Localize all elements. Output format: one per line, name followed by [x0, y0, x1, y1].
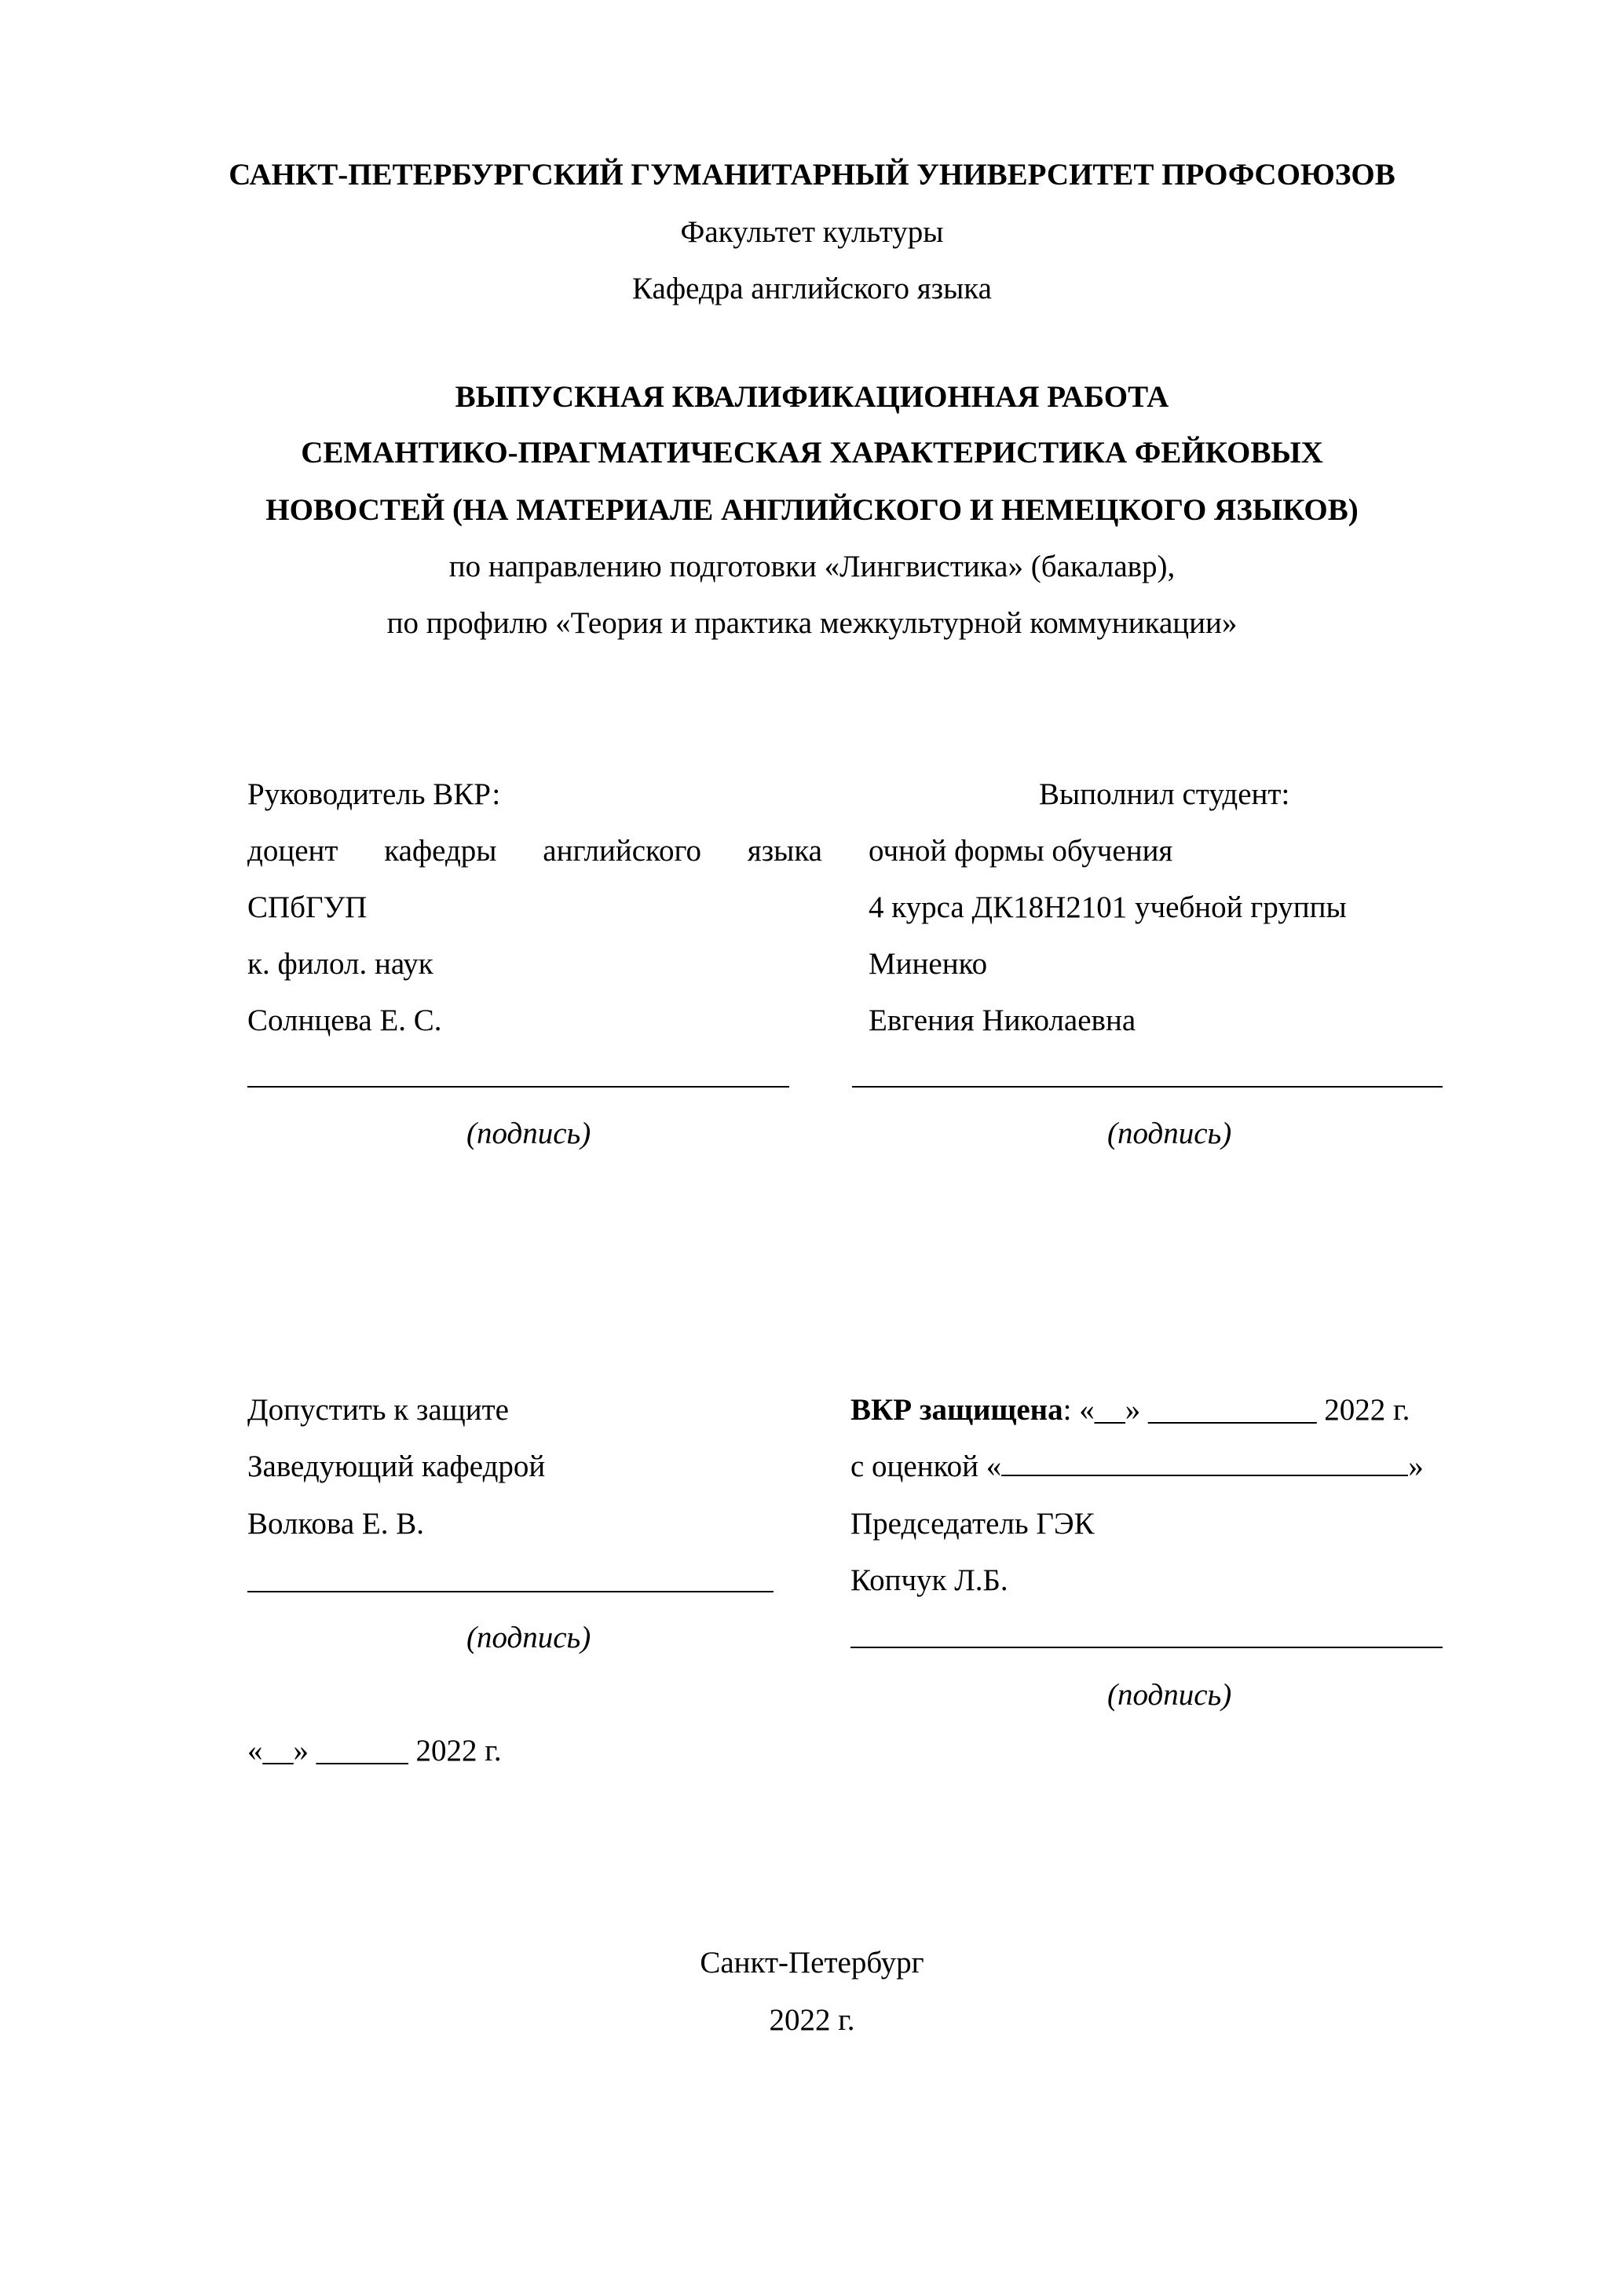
department-head-role: Заведующий кафедрой [247, 1451, 545, 1482]
commission-chair-role: Председатель ГЭК [850, 1508, 1095, 1539]
department-name: Кафедра английского языка [0, 273, 1624, 304]
study-direction: по направлению подготовки «Лингвистика» … [0, 551, 1624, 582]
student-heading: Выполнил студент: [1039, 779, 1289, 810]
supervisor-name: Солнцева Е. С. [247, 1005, 442, 1036]
university-name: САНКТ-ПЕТЕРБУРГСКИЙ ГУМАНИТАРНЫЙ УНИВЕРС… [0, 159, 1624, 190]
supervisor-signature-line[interactable] [247, 1086, 789, 1088]
supervisor-signature-caption: (подпись) [466, 1118, 591, 1149]
commission-chair-signature-line[interactable] [850, 1647, 1443, 1648]
student-given-names: Евгения Николаевна [869, 1005, 1136, 1036]
defense-grade: с оценкой «» [850, 1451, 1424, 1482]
student-study-form: очной формы обучения [869, 835, 1172, 866]
commission-chair-name: Копчук Л.Б. [850, 1565, 1008, 1596]
admission-heading: Допустить к защите [247, 1395, 509, 1425]
study-profile: по профилю «Теория и практика межкультур… [0, 608, 1624, 638]
year: 2022 г. [0, 2005, 1624, 2035]
city: Санкт-Петербург [0, 1947, 1624, 1978]
student-signature-caption: (подпись) [1107, 1118, 1231, 1149]
defense-grade-suffix: » [1408, 1450, 1424, 1483]
supervisor-position-word: английского [543, 835, 701, 866]
department-head-signature-line[interactable] [247, 1591, 774, 1592]
student-group: 4 курса ДК18Н2101 учебной группы [869, 892, 1347, 923]
topic-title-line-1: СЕМАНТИКО-ПРАГМАТИЧЕСКАЯ ХАРАКТЕРИСТИКА … [0, 437, 1624, 468]
supervisor-heading: Руководитель ВКР: [247, 779, 500, 810]
defense-status: ВКР защищена: «__» ___________ 2022 г. [850, 1395, 1410, 1425]
department-head-signature-caption: (подпись) [466, 1622, 591, 1653]
supervisor-position-word: кафедры [384, 835, 496, 866]
commission-chair-signature-caption: (подпись) [1107, 1680, 1231, 1710]
defense-grade-prefix: с оценкой « [850, 1450, 1001, 1483]
supervisor-position-word: доцент [247, 835, 338, 866]
defense-grade-blank[interactable] [1001, 1451, 1408, 1476]
defense-date: : «__» ___________ 2022 г. [1063, 1393, 1410, 1427]
supervisor-position: доцент кафедры английского языка [247, 835, 822, 866]
supervisor-organization: СПбГУП [247, 892, 367, 923]
defense-status-label: ВКР защищена [850, 1393, 1063, 1427]
work-type-title: ВЫПУСКНАЯ КВАЛИФИКАЦИОННАЯ РАБОТА [0, 382, 1624, 412]
supervisor-degree: к. филол. наук [247, 949, 433, 979]
admission-date: «__» ______ 2022 г. [247, 1735, 502, 1766]
supervisor-position-word: языка [748, 835, 822, 866]
topic-title-line-2: НОВОСТЕЙ (НА МАТЕРИАЛЕ АНГЛИЙСКОГО И НЕМ… [0, 495, 1624, 525]
department-head-name: Волкова Е. В. [247, 1508, 424, 1539]
student-signature-line[interactable] [852, 1086, 1443, 1088]
student-surname: Миненко [869, 949, 987, 979]
faculty-name: Факультет культуры [0, 217, 1624, 247]
